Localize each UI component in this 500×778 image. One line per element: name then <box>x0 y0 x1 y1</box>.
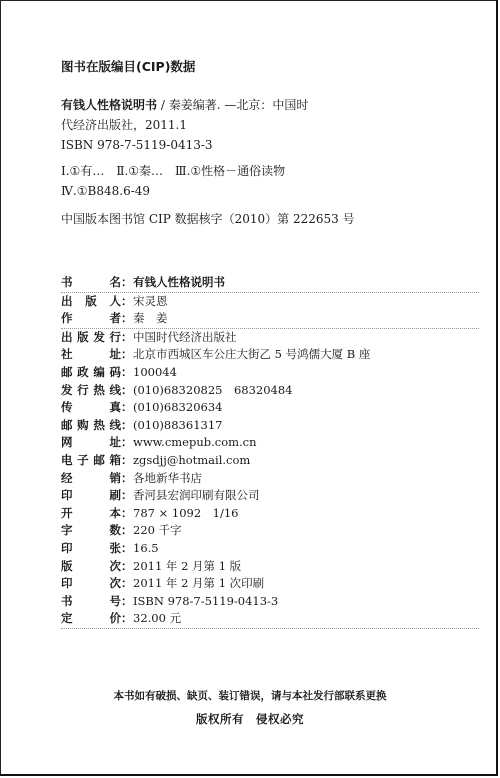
info-label-char: 址 <box>110 346 122 364</box>
cip-block: 图书在版编目(CIP)数据 有钱人性格说明书 / 秦姜编著. —北京：中国时 代… <box>61 59 461 229</box>
info-colon: ： <box>121 522 133 540</box>
info-label-char: 线 <box>109 382 121 400</box>
info-label-char: 出 <box>61 329 73 347</box>
info-label-char: 次 <box>110 575 122 593</box>
info-value: 2011 年 2 月第 1 版 <box>133 558 241 576</box>
info-label-char: 经 <box>61 470 73 488</box>
info-label-char: 版 <box>61 558 73 576</box>
info-label: 定价 <box>61 610 121 628</box>
info-label: 电子邮箱 <box>61 452 121 470</box>
info-label-char: 子 <box>77 452 89 470</box>
info-value: (010)88361317 <box>133 417 222 435</box>
info-label-char: 书 <box>61 274 73 292</box>
info-colon: ： <box>121 540 133 558</box>
info-label-char: 电 <box>61 452 73 470</box>
info-label-char: 定 <box>61 610 73 628</box>
info-row: 作者：秦 姜 <box>61 310 479 328</box>
info-label: 印刷 <box>61 487 121 505</box>
info-row: 印刷：香河县宏润印刷有限公司 <box>61 487 479 505</box>
info-label-char: 数 <box>110 522 122 540</box>
info-row: 邮政编码：100044 <box>61 364 479 382</box>
info-label-char: 印 <box>61 575 73 593</box>
info-label-char: 网 <box>61 434 73 452</box>
info-value: 各地新华书店 <box>133 470 202 488</box>
info-label-char: 码 <box>109 364 121 382</box>
info-label-char: 线 <box>109 417 121 435</box>
info-row: 印次：2011 年 2 月第 1 次印刷 <box>61 575 479 593</box>
cip-entry: 有钱人性格说明书 / 秦姜编著. —北京：中国时 <box>61 95 461 115</box>
info-row: 出版人：宋灵恩 <box>61 293 479 311</box>
info-label: 邮政编码 <box>61 364 121 382</box>
info-colon: ： <box>121 593 133 611</box>
info-label-char: 开 <box>61 505 73 523</box>
info-label-char: 号 <box>110 593 122 611</box>
info-label-char: 发 <box>93 329 105 347</box>
info-label: 发行热线 <box>61 382 121 400</box>
info-value: 2011 年 2 月第 1 次印刷 <box>133 575 264 593</box>
info-colon: ： <box>121 434 133 452</box>
copyright-page: 图书在版编目(CIP)数据 有钱人性格说明书 / 秦姜编著. —北京：中国时 代… <box>0 0 498 776</box>
info-row: 经销：各地新华书店 <box>61 470 479 488</box>
info-label-char: 刷 <box>110 487 122 505</box>
cip-subjects-1: Ⅰ.①有… Ⅱ.①秦… Ⅲ.①性格－通俗读物 <box>61 161 461 181</box>
info-label-char: 者 <box>110 310 122 328</box>
info-row: 开本：787 × 1092 1/16 <box>61 505 479 523</box>
info-label: 版次 <box>61 558 121 576</box>
info-label-char: 编 <box>93 364 105 382</box>
info-label: 邮购热线 <box>61 417 121 435</box>
info-row: 社址：北京市西城区车公庄大街乙 5 号鸿儒大厦 B 座 <box>61 346 479 364</box>
cip-isbn: ISBN 978-7-5119-0413-3 <box>61 135 461 155</box>
info-label-char: 热 <box>93 382 105 400</box>
info-label: 出版发行 <box>61 329 121 347</box>
info-label-char: 张 <box>110 540 122 558</box>
info-label-char: 传 <box>61 399 73 417</box>
info-value: 787 × 1092 1/16 <box>133 505 239 523</box>
info-colon: ： <box>121 558 133 576</box>
info-label: 网址 <box>61 434 121 452</box>
info-row: 版次：2011 年 2 月第 1 版 <box>61 558 479 576</box>
info-label-char: 邮 <box>61 364 73 382</box>
damage-notice: 本书如有破损、缺页、装订错误，请与本社发行部联系更换 <box>1 688 499 703</box>
cip-number: 中国版本图书馆 CIP 数据核字（2010）第 222653 号 <box>61 209 461 229</box>
info-value: 宋灵恩 <box>133 293 168 311</box>
info-label-char: 名 <box>110 274 122 292</box>
copyright-notice: 版权所有 侵权必究 <box>1 711 499 727</box>
info-label: 印张 <box>61 540 121 558</box>
info-colon: ： <box>121 470 133 488</box>
info-row: 书名：有钱人性格说明书 <box>61 274 479 292</box>
cip-entry-title: 有钱人性格说明书 <box>61 98 157 112</box>
cip-entry-rest: / 秦姜编著. —北京：中国时 <box>157 98 308 112</box>
cip-subjects-2: Ⅳ.①B848.6-49 <box>61 181 461 201</box>
info-colon: ： <box>121 346 133 364</box>
info-value: zgsdjj@hotmail.com <box>133 452 250 470</box>
info-label-char: 书 <box>61 593 73 611</box>
info-label-char: 作 <box>61 310 73 328</box>
info-label-char: 人 <box>110 293 122 311</box>
info-label-char: 热 <box>93 417 105 435</box>
info-colon: ： <box>121 329 133 347</box>
info-colon: ： <box>121 505 133 523</box>
info-value: 220 千字 <box>133 522 182 540</box>
info-colon: ： <box>121 417 133 435</box>
info-row: 字数：220 千字 <box>61 522 479 540</box>
info-label-char: 邮 <box>61 417 73 435</box>
info-label: 开本 <box>61 505 121 523</box>
info-label: 书号 <box>61 593 121 611</box>
info-row: 书号：ISBN 978-7-5119-0413-3 <box>61 593 479 611</box>
info-label: 书名 <box>61 274 121 292</box>
cip-title: 图书在版编目(CIP)数据 <box>61 59 461 75</box>
info-label-char: 次 <box>110 558 122 576</box>
info-label-char: 址 <box>110 434 122 452</box>
info-label: 经销 <box>61 470 121 488</box>
info-label: 出版人 <box>61 293 121 311</box>
info-value: ISBN 978-7-5119-0413-3 <box>133 593 278 611</box>
info-colon: ： <box>121 382 133 400</box>
info-label: 印次 <box>61 575 121 593</box>
publication-info: 书名：有钱人性格说明书出版人：宋灵恩作者：秦 姜出版发行：中国时代经济出版社社址… <box>61 274 479 629</box>
info-row: 传真：(010)68320634 <box>61 399 479 417</box>
info-label-char: 社 <box>61 346 73 364</box>
info-label-char: 行 <box>77 382 89 400</box>
info-label-char: 邮 <box>93 452 105 470</box>
info-label: 社址 <box>61 346 121 364</box>
info-row: 电子邮箱：zgsdjj@hotmail.com <box>61 452 479 470</box>
info-row: 印张：16.5 <box>61 540 479 558</box>
info-value: (010)68320825 68320484 <box>133 382 293 400</box>
info-value: 32.00 元 <box>133 610 181 628</box>
info-value: 100044 <box>133 364 177 382</box>
info-label-char: 印 <box>61 487 73 505</box>
info-label: 字数 <box>61 522 121 540</box>
info-row: 发行热线：(010)68320825 68320484 <box>61 382 479 400</box>
info-label-char: 销 <box>110 470 122 488</box>
info-value: 中国时代经济出版社 <box>133 329 237 347</box>
info-colon: ： <box>121 364 133 382</box>
info-colon: ： <box>121 575 133 593</box>
info-value: 香河县宏润印刷有限公司 <box>133 487 260 505</box>
info-label-char: 本 <box>110 505 122 523</box>
info-label: 作者 <box>61 310 121 328</box>
info-label-char: 政 <box>77 364 89 382</box>
info-value: 秦 姜 <box>133 310 168 328</box>
info-label-char: 购 <box>77 417 89 435</box>
info-value: 有钱人性格说明书 <box>133 274 225 292</box>
info-colon: ： <box>121 293 133 311</box>
info-label-char: 印 <box>61 540 73 558</box>
info-colon: ： <box>121 610 133 628</box>
info-label-char: 行 <box>109 329 121 347</box>
info-colon: ： <box>121 310 133 328</box>
info-label-char: 箱 <box>109 452 121 470</box>
info-label-char: 版 <box>85 293 97 311</box>
cip-entry-line2: 代经济出版社，2011.1 <box>61 115 461 135</box>
info-label-char: 字 <box>61 522 73 540</box>
info-colon: ： <box>121 274 133 292</box>
info-row: 出版发行：中国时代经济出版社 <box>61 329 479 347</box>
info-row: 邮购热线：(010)88361317 <box>61 417 479 435</box>
info-row: 定价：32.00 元 <box>61 610 479 628</box>
info-value: 北京市西城区车公庄大街乙 5 号鸿儒大厦 B 座 <box>133 346 370 364</box>
info-label: 传真 <box>61 399 121 417</box>
info-colon: ： <box>121 452 133 470</box>
info-value: (010)68320634 <box>133 399 222 417</box>
info-colon: ： <box>121 399 133 417</box>
info-row: 网址：www.cmepub.com.cn <box>61 434 479 452</box>
info-colon: ： <box>121 487 133 505</box>
info-label-char: 发 <box>61 382 73 400</box>
dotted-divider <box>61 628 479 629</box>
info-label-char: 真 <box>110 399 122 417</box>
info-value: 16.5 <box>133 540 159 558</box>
info-label-char: 价 <box>110 610 122 628</box>
info-value: www.cmepub.com.cn <box>133 434 257 452</box>
info-label-char: 版 <box>77 329 89 347</box>
info-label-char: 出 <box>61 293 73 311</box>
